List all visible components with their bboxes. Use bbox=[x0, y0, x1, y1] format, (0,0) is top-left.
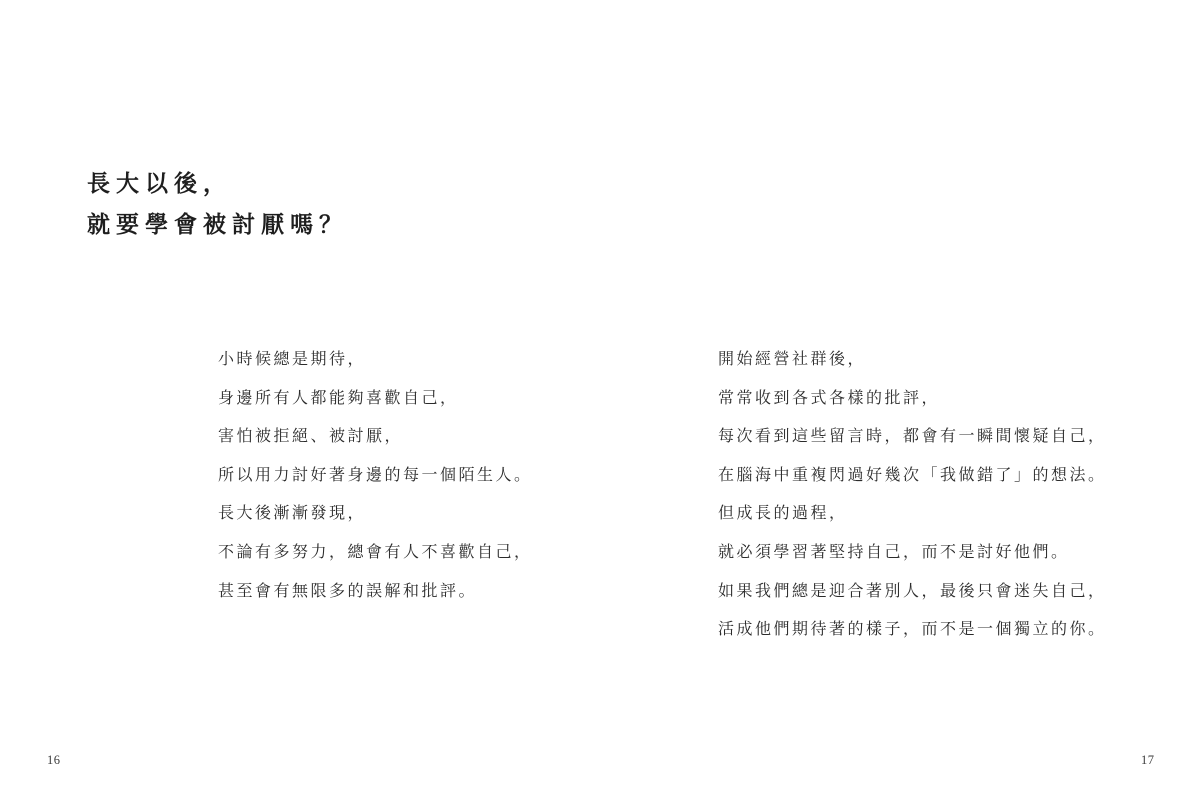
right-body-line: 常常收到各式各樣的批評， bbox=[718, 380, 1107, 419]
right-body-line: 就必須學習著堅持自己，而不是討好他們。 bbox=[718, 534, 1107, 573]
book-spread: 長大以後， 就要學會被討厭嗎？ 小時候總是期待， 身邊所有人都能夠喜歡自己， 害… bbox=[0, 0, 1200, 812]
left-body-line: 不論有多努力，總會有人不喜歡自己， bbox=[218, 534, 533, 573]
right-body-line: 如果我們總是迎合著別人，最後只會迷失自己， bbox=[718, 573, 1107, 612]
left-body-line: 身邊所有人都能夠喜歡自己， bbox=[218, 380, 533, 419]
right-body-line: 每次看到這些留言時，都會有一瞬間懷疑自己， bbox=[718, 418, 1107, 457]
right-page-body: 開始經營社群後， 常常收到各式各樣的批評， 每次看到這些留言時，都會有一瞬間懷疑… bbox=[718, 341, 1107, 650]
left-page-body: 小時候總是期待， 身邊所有人都能夠喜歡自己， 害怕被拒絕、被討厭， 所以用力討好… bbox=[218, 341, 533, 611]
right-body-line: 開始經營社群後， bbox=[718, 341, 1107, 380]
page-title-line-2: 就要學會被討厭嗎？ bbox=[87, 204, 348, 245]
left-body-line: 甚至會有無限多的誤解和批評。 bbox=[218, 573, 533, 612]
page-number-right: 17 bbox=[1141, 753, 1155, 768]
page-title: 長大以後， 就要學會被討厭嗎？ bbox=[87, 163, 348, 245]
left-body-line: 小時候總是期待， bbox=[218, 341, 533, 380]
page-title-line-1: 長大以後， bbox=[87, 163, 348, 204]
right-body-line: 在腦海中重複閃過好幾次「我做錯了」的想法。 bbox=[718, 457, 1107, 496]
page-number-left: 16 bbox=[47, 753, 61, 768]
right-body-line: 但成長的過程， bbox=[718, 495, 1107, 534]
left-body-line: 害怕被拒絕、被討厭， bbox=[218, 418, 533, 457]
left-body-line: 所以用力討好著身邊的每一個陌生人。 bbox=[218, 457, 533, 496]
right-body-line: 活成他們期待著的樣子，而不是一個獨立的你。 bbox=[718, 611, 1107, 650]
left-body-line: 長大後漸漸發現， bbox=[218, 495, 533, 534]
